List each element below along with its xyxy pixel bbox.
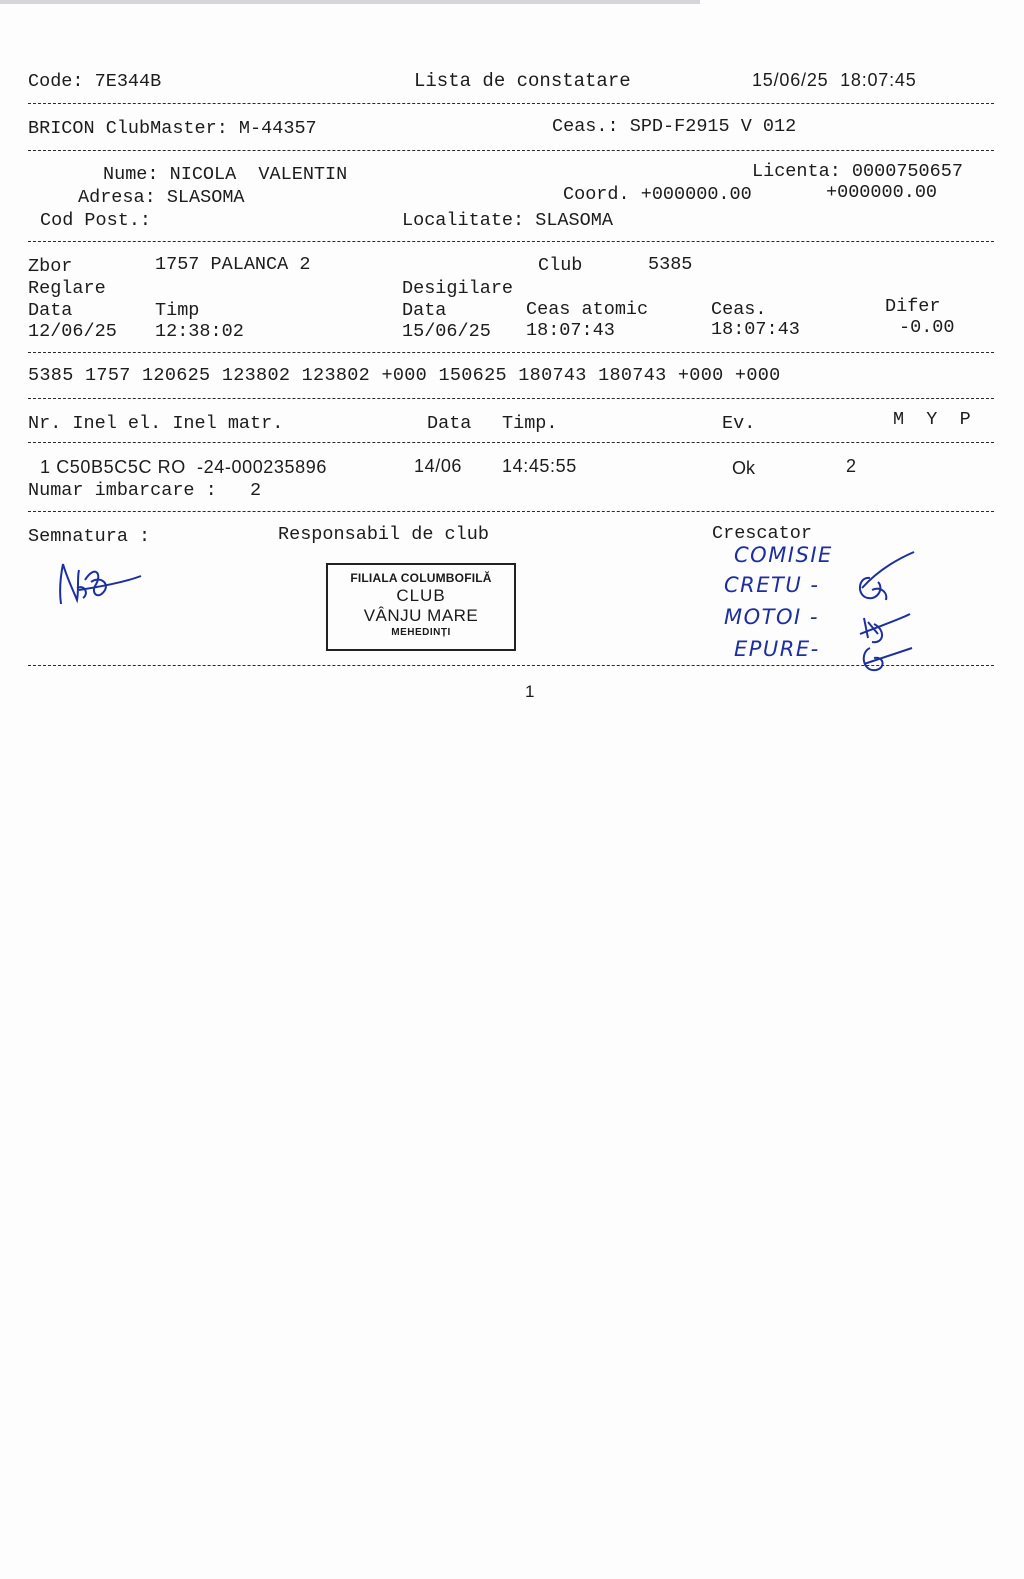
fancier-name: Nume: NICOLA VALENTIN bbox=[103, 166, 347, 185]
col-difer: Difer bbox=[885, 298, 941, 317]
fancier-signature-icon bbox=[55, 560, 145, 610]
divider bbox=[28, 150, 994, 151]
handwritten-commission: COMISIE bbox=[734, 543, 833, 567]
fancier-address: Adresa: SLASOMA bbox=[78, 189, 245, 208]
commission-signatures-icon bbox=[850, 548, 920, 678]
signature-label: Semnatura : bbox=[28, 528, 150, 547]
divider bbox=[28, 442, 994, 443]
divider bbox=[28, 241, 994, 242]
divider bbox=[28, 665, 994, 666]
col-timp: Timp bbox=[155, 302, 199, 321]
m-value: 2 bbox=[846, 457, 856, 475]
desigilare-date: 15/06/25 bbox=[402, 323, 491, 342]
th-date: Data bbox=[427, 415, 471, 434]
reglare-label: Reglare bbox=[28, 280, 106, 299]
club-stamp: FILIALA COLUMBOFILĂ CLUB VÂNJU MARE MEHE… bbox=[326, 563, 516, 651]
scan-edge bbox=[0, 0, 700, 4]
th-myp: M Y P bbox=[893, 411, 971, 430]
flight-label: Zbor bbox=[28, 258, 72, 277]
handwritten-motoi: MOTOI - bbox=[724, 605, 819, 629]
clock-id: Ceas.: SPD-F2915 V 012 bbox=[552, 118, 796, 137]
atomic-clock-time: 18:07:43 bbox=[526, 322, 615, 341]
code-line: 5385 1757 120625 123802 123802 +000 1506… bbox=[28, 367, 781, 386]
document-code: Code: 7E344B bbox=[28, 73, 161, 92]
locality: Localitate: SLASOMA bbox=[402, 212, 613, 231]
flight-value: 1757 PALANCA 2 bbox=[155, 256, 310, 275]
divider bbox=[28, 103, 994, 104]
difference: -0.00 bbox=[899, 319, 955, 338]
stamp-line-4: MEHEDINȚI bbox=[328, 627, 514, 638]
document-title: Lista de constatare bbox=[414, 72, 631, 91]
license-number: Licenta: 0000750657 bbox=[752, 163, 963, 182]
ring-number: 1 C50B5C5C RO -24-000235896 bbox=[40, 458, 327, 476]
print-datetime: 15/06/25 18:07:45 bbox=[752, 71, 917, 89]
club-responsible-label: Responsabil de club bbox=[278, 526, 489, 545]
coordinates: Coord. +000000.00 bbox=[563, 186, 752, 205]
club-value: 5385 bbox=[648, 256, 692, 275]
th-time: Timp. bbox=[502, 415, 558, 434]
event-status: Ok bbox=[732, 459, 755, 477]
th-ev: Ev. bbox=[722, 415, 755, 434]
clock-time: 18:07:43 bbox=[711, 321, 800, 340]
divider bbox=[28, 511, 994, 512]
stamp-line-2: CLUB bbox=[328, 586, 514, 606]
handwritten-epure: EPURE- bbox=[734, 637, 820, 661]
col-ceas-atomic: Ceas atomic bbox=[526, 301, 648, 320]
reglare-time: 12:38:02 bbox=[155, 323, 244, 342]
clubmaster-id: BRICON ClubMaster: M-44357 bbox=[28, 120, 317, 139]
col-ceas: Ceas. bbox=[711, 301, 767, 320]
arrival-date: 14/06 bbox=[414, 457, 462, 475]
th-ring: Nr. Inel el. Inel matr. bbox=[28, 415, 283, 434]
numar-imbarcare: Numar imbarcare : 2 bbox=[28, 482, 261, 501]
coordinates-2: +000000.00 bbox=[826, 184, 937, 203]
col-data-desigilare: Data bbox=[402, 302, 446, 321]
breeder-label: Crescator bbox=[712, 525, 812, 544]
arrival-time: 14:45:55 bbox=[502, 457, 577, 475]
divider bbox=[28, 398, 994, 399]
divider bbox=[28, 352, 994, 353]
desigilare-label: Desigilare bbox=[402, 280, 513, 299]
page-number: 1 bbox=[525, 682, 534, 702]
club-label: Club bbox=[538, 257, 582, 276]
stamp-line-3: VÂNJU MARE bbox=[328, 606, 514, 626]
reglare-date: 12/06/25 bbox=[28, 323, 117, 342]
col-data-reglare: Data bbox=[28, 302, 72, 321]
postcode: Cod Post.: bbox=[40, 212, 151, 231]
handwritten-cretu: CRETU - bbox=[724, 573, 819, 597]
stamp-line-1: FILIALA COLUMBOFILĂ bbox=[328, 571, 514, 585]
